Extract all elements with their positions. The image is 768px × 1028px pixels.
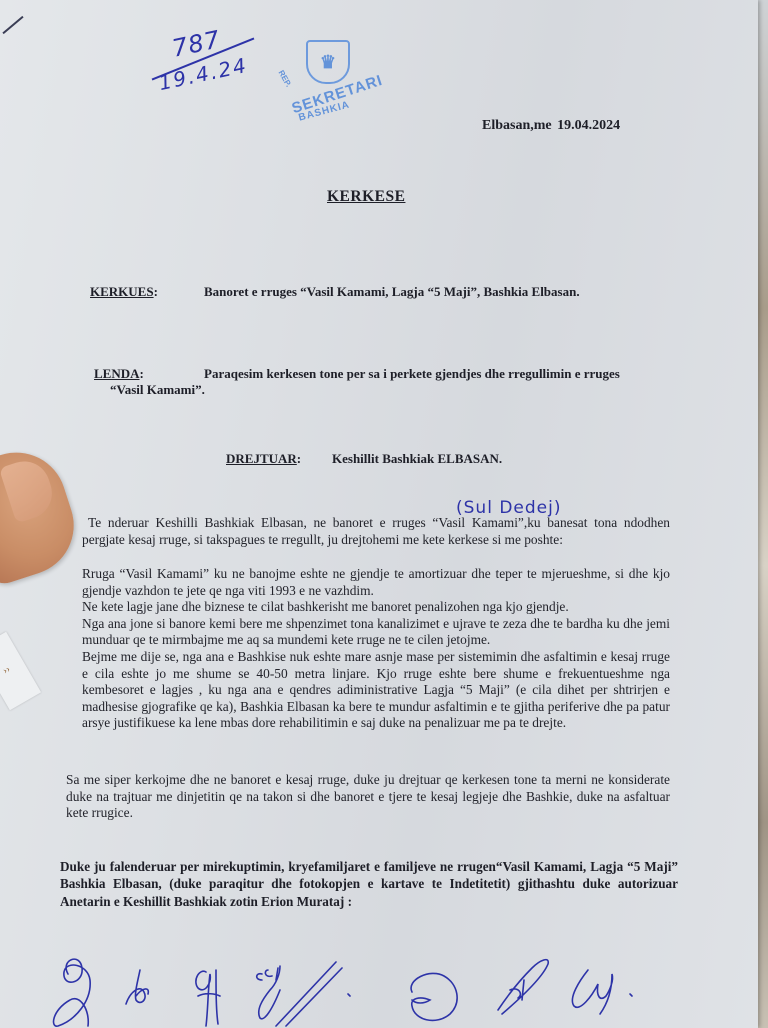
body-paragraph: Rruga “Vasil Kamami” ku ne banojme eshte… [82,566,670,599]
paper-scrap: ›› [0,632,41,711]
body-paragraph: Nga ana jone si banore kemi bere me shpe… [82,616,670,649]
body-paragraph: Ne kete lagje jane dhe biznese te cilat … [82,599,670,616]
body-paragraphs: Rruga “Vasil Kamami” ku ne banojme eshte… [82,566,670,732]
signature-3-icon [196,970,220,1026]
signature-7-icon [572,970,632,1014]
field-value-lenda-line2: “Vasil Kamami”. [110,382,674,398]
closing-text: Sa me siper kerkojme dhe ne banoret e ke… [66,772,670,822]
field-colon: : [140,366,144,381]
field-drejtuar: DREJTUAR: Keshillit Bashkiak ELBASAN. [226,451,301,467]
closing-paragraph: Sa me siper kerkojme dhe ne banoret e ke… [66,772,670,822]
field-value-drejtuar: Keshillit Bashkiak ELBASAN. [332,451,502,467]
coat-of-arms-icon: ♛ [306,40,350,84]
body-paragraph: Bejme me dije se, nga ana e Bashkise nuk… [82,649,670,732]
scrap-mark-icon: ›› [1,664,12,677]
signature-6-icon [498,960,548,1014]
field-label-drejtuar: DREJTUAR [226,451,297,467]
thanks-paragraph: Duke ju falenderuar per mirekuptimin, kr… [60,858,678,910]
field-label-kerkues: KERKUES [90,284,154,300]
field-value-lenda: Paraqesim kerkesen tone per sa i perkete… [204,366,674,398]
secretary-stamp: ♛ REP. SEKRETARI BASHKIA [276,36,386,132]
document-page: 787 19.4.24 ♛ REP. SEKRETARI BASHKIA Elb… [0,0,758,1028]
intro-paragraph: Te nderuar Keshilli Bashkiak Elbasan, ne… [82,515,670,548]
signature-5-icon [411,973,457,1020]
document-title: KERKESE [327,188,405,206]
signature-2-icon [126,970,148,1004]
field-kerkues: KERKUES: Banoret e rruges “Vasil Kamami,… [90,284,158,300]
intro-text: Te nderuar Keshilli Bashkiak Elbasan, ne… [82,515,670,548]
field-label-lenda: LENDA [94,366,140,382]
signature-4-icon [257,962,350,1026]
field-colon: : [154,284,158,299]
field-value-kerkues: Banoret e rruges “Vasil Kamami, Lagja “5… [204,284,580,300]
registration-number: 787 [170,25,224,63]
field-value-lenda-line1: Paraqesim kerkesen tone per sa i perkete… [204,366,620,381]
stray-pen-mark [2,16,23,34]
field-colon: : [297,451,301,466]
stamp-prefix: REP. [277,69,294,89]
place-date: Elbasan,me 19.04.2024 [482,118,620,134]
thumbnail [0,455,59,524]
signature-1-icon [54,959,91,1026]
thumb-holding-page [0,440,87,589]
signature-row [40,940,680,1028]
field-lenda: LENDA: Paraqesim kerkesen tone per sa i … [94,366,674,382]
